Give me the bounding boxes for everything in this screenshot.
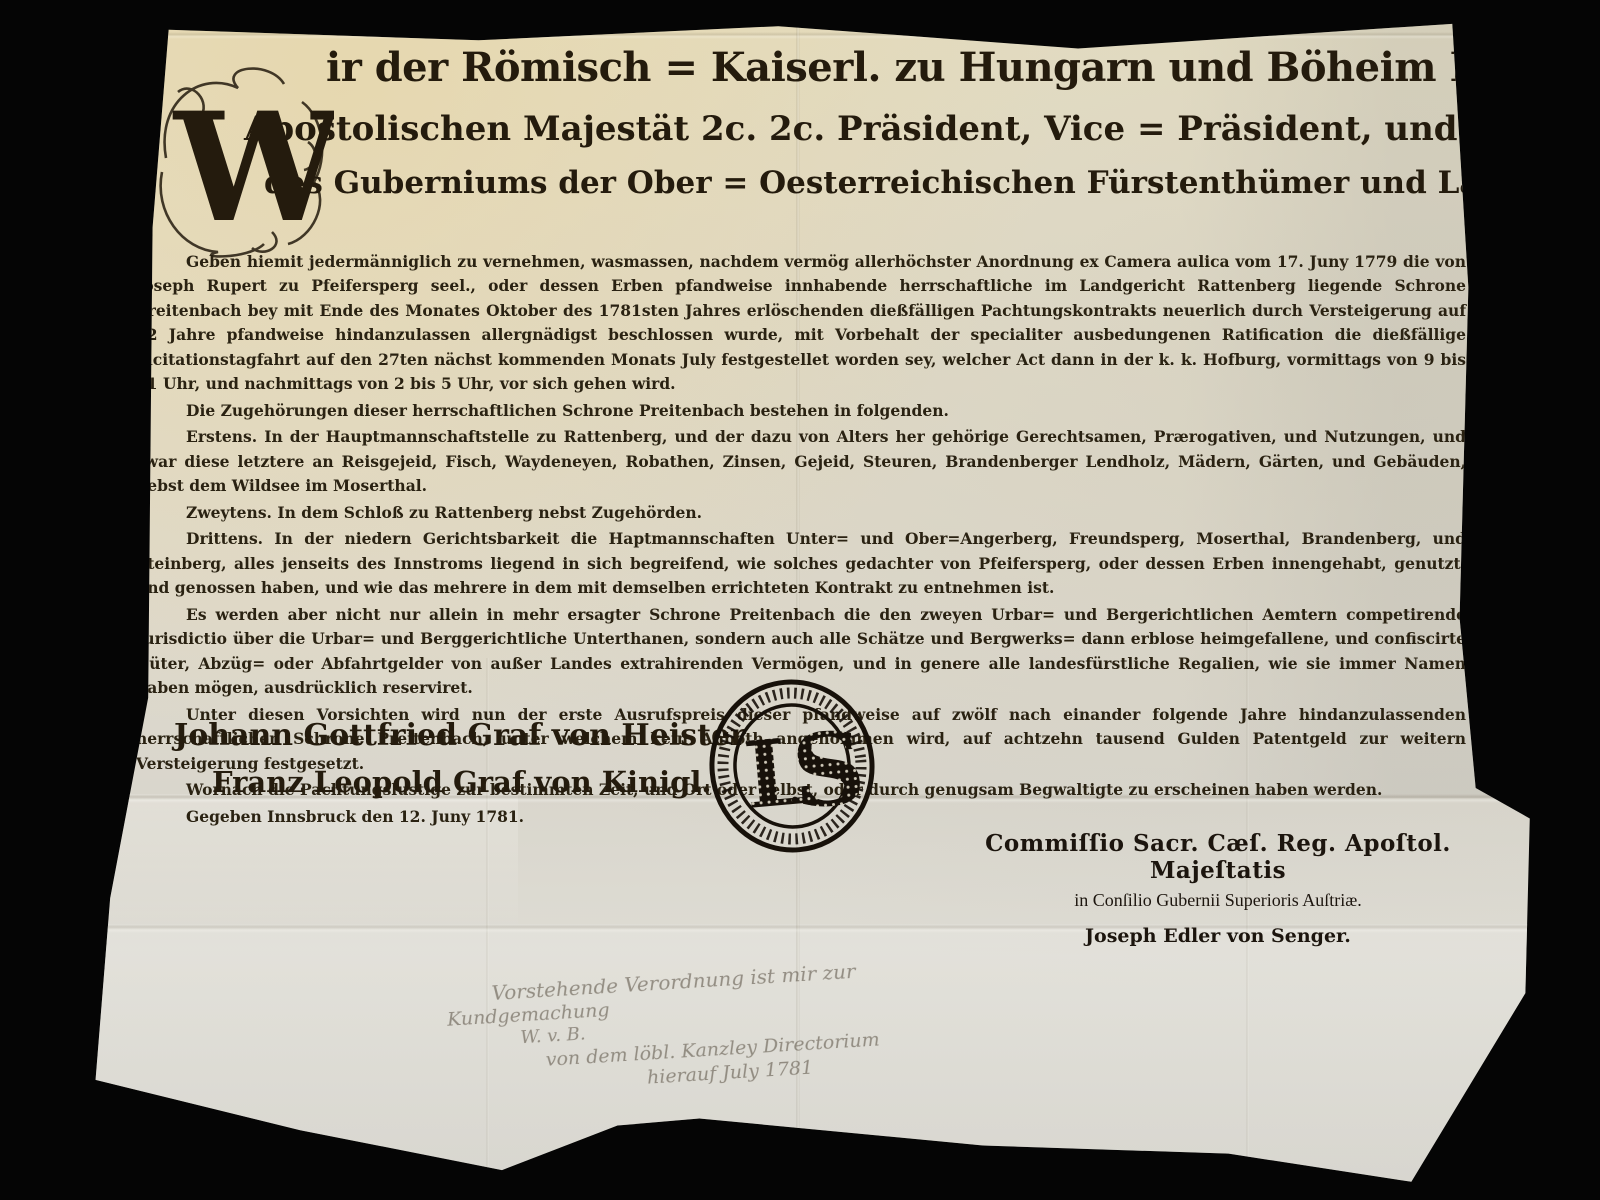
- paragraph-erstens: Erstens. In der Hauptmannschaftstelle zu…: [136, 425, 1466, 498]
- paragraph-zweytens: Zweytens. In dem Schloß zu Rattenberg ne…: [136, 501, 1466, 525]
- handwritten-note: Vorstehende Verordnung ist mir zur Kundg…: [445, 948, 1031, 1100]
- ls-seal-stamp: L S: [698, 669, 885, 863]
- signature-heister: Johann Gottfried Graf von Heister.: [174, 718, 754, 753]
- photo-background: W ir der Römisch = Kaiserl. zu Hungarn u…: [0, 0, 1600, 1200]
- header-line-1: ir der Römisch = Kaiserl. zu Hungarn und…: [326, 44, 1478, 91]
- header-line-3: des Guberniums der Ober = Oesterreichisc…: [264, 165, 1478, 201]
- signature-block: Johann Gottfried Graf von Heister. Franz…: [174, 718, 754, 799]
- header-line-2: Apostolischen Majestät 2c. 2c. Präsident…: [244, 109, 1478, 149]
- document-header: W ir der Römisch = Kaiserl. zu Hungarn u…: [148, 44, 1478, 201]
- signature-kinigl: Franz Leopold Graf von Kinigl.: [212, 765, 754, 799]
- commission-block: Commiſſio Sacr. Cæſ. Reg. Apoſtol. Majeſ…: [928, 830, 1508, 947]
- document-paper: W ir der Römisch = Kaiserl. zu Hungarn u…: [78, 18, 1540, 1190]
- paragraph-drittens: Drittens. In der niedern Gerichtsbarkeit…: [136, 527, 1466, 600]
- drop-cap-glyph: W: [172, 80, 334, 256]
- commission-line-1: Commiſſio Sacr. Cæſ. Reg. Apoſtol. Majeſ…: [928, 830, 1508, 884]
- seal-letter-s: S: [787, 708, 869, 832]
- commission-signer: Joseph Edler von Senger.: [928, 925, 1508, 947]
- ornate-initial-letter: W: [152, 62, 334, 262]
- commission-line-2: in Conſilio Gubernii Superioris Auſtriæ.: [928, 890, 1508, 911]
- paragraph-preamble: Geben hiemit jedermänniglich zu vernehme…: [136, 250, 1466, 397]
- paragraph-zugehoerungen: Die Zugehörungen dieser herrschaftlichen…: [136, 399, 1466, 423]
- fold-crease-top: [78, 32, 1540, 39]
